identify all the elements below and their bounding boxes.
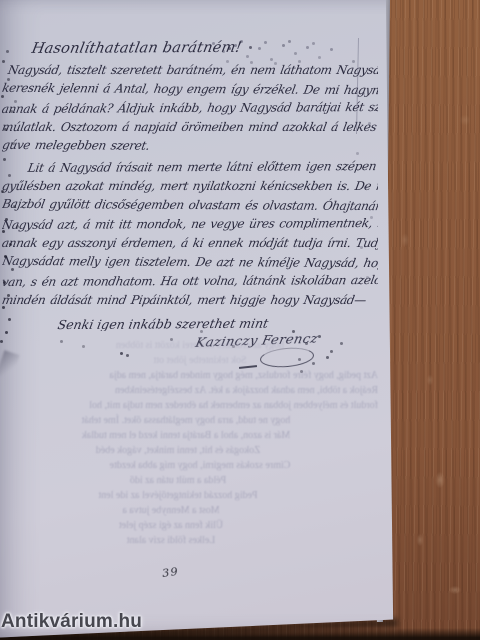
ghost-line: hogy ne tudd, arra hogy megláthassa őket… xyxy=(22,413,378,428)
ghost-line: hogy az érdemes emberei között is többen xyxy=(22,338,378,353)
letter-line: gúve melegebben szeret. xyxy=(2,136,378,157)
letter-line: keresnék jelenni á Antal, hogy engem így… xyxy=(2,79,378,100)
show-through-text: hogy az érdemes emberei között is többen… xyxy=(22,338,378,548)
scan-smudge xyxy=(0,350,20,380)
letter-line: van, s én azt mondhatom. Ha ott volna, l… xyxy=(2,271,378,292)
ghost-line: Már is azon, ahol a Barátja tenni kezd e… xyxy=(22,428,378,443)
ghost-line: Azt pedig, hogy félre fordulsz, még hogy… xyxy=(22,368,378,383)
letter-line: Bajzból gyűlött dicsőségemben olvastam é… xyxy=(2,195,378,216)
letter-line: gyűlésben azokat mindég, mert nyilatkozn… xyxy=(2,177,378,196)
letter-line: múlatlak. Osztozom á napjaid örömeiben m… xyxy=(2,118,378,137)
antikvarium-watermark: Antikvárium.hu xyxy=(1,611,142,633)
letter-line: Nagysádat melly igen tisztelem. De azt n… xyxy=(2,252,378,273)
letter-line: mindén áldását mind Pipáinktól, mert hig… xyxy=(2,291,378,310)
ghost-line: fordult és mélyebben jobban az embernek … xyxy=(22,398,378,413)
ghost-line: Most a Mennybe jutva a xyxy=(22,503,378,518)
ghost-line: Zokogás és hit, tenni minket, vágok ebéd xyxy=(22,443,378,458)
letter-line: Lit á Nagysád írásait nem merte látni el… xyxy=(26,157,378,178)
letter-line: annak egy asszonyi érdemen, á ki ennek m… xyxy=(2,234,378,253)
ghost-line: Pedig hozzád tekintgetőjével az ide lent xyxy=(22,488,378,503)
ghost-line: Sok tekintetbe jöhet ott xyxy=(22,353,378,368)
letter-salutation: Hasonlíthatatlan barátném! xyxy=(30,40,378,57)
ghost-line: Lelkes földi szív alant xyxy=(22,533,378,548)
ghost-line: Reájok a többi, nem adnak hozzájok a két… xyxy=(22,383,378,398)
ghost-line: Címre szokás megírni, hogy míg abba kezd… xyxy=(22,458,378,473)
ghost-line: Ülik fenn az égi szép jelet xyxy=(22,518,378,533)
ghost-line: Példa a múlt után az idő xyxy=(22,473,378,488)
letter-line: Nagysád azt, á mit itt mondok, ne vegye … xyxy=(2,214,378,235)
letter-line: annak á példának? Áldjuk inkább, hogy Na… xyxy=(2,98,378,119)
book-photo: Hasonlíthatatlan barátném! Nagysád, tisz… xyxy=(0,0,480,640)
handwritten-letter: Hasonlíthatatlan barátném! Nagysád, tisz… xyxy=(2,40,378,331)
letter-closing: Senki igen inkább szerethet mint xyxy=(56,315,378,331)
letter-line: Nagysád, tisztelt szeretett barátném, én… xyxy=(6,61,378,80)
page-number: 39 xyxy=(161,564,179,580)
scan-speckles-signature xyxy=(0,0,3,3)
